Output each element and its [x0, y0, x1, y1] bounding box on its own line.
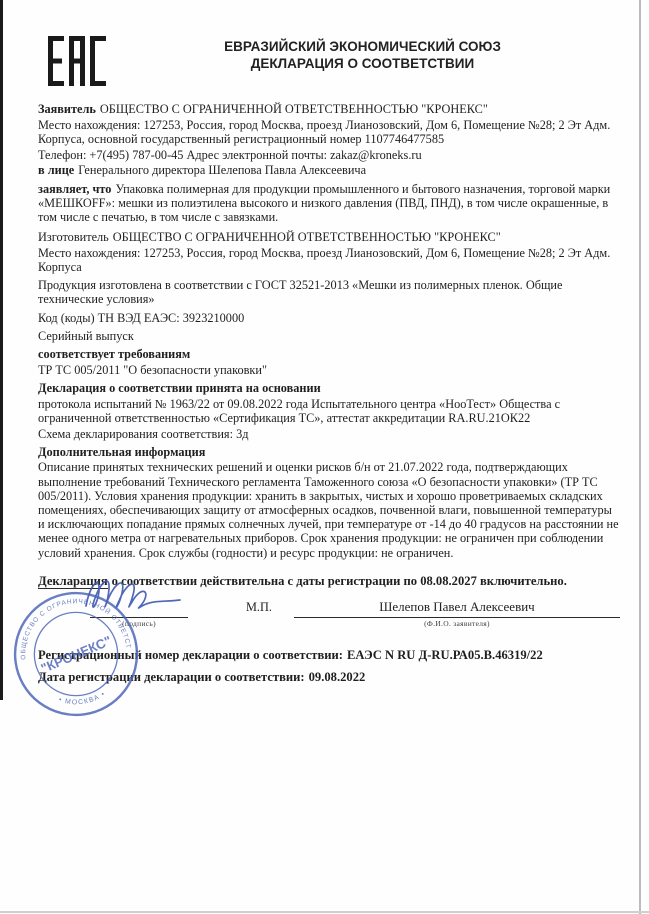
title-union-line: ЕВРАЗИЙСКИЙ ЭКОНОМИЧЕСКИЙ СОЮЗ	[106, 38, 619, 55]
applicant-address: Место нахождения: 127253, Россия, город …	[38, 118, 620, 146]
basis-label: Декларация о соответствии принята на осн…	[38, 381, 620, 395]
serial-line: Серийный выпуск	[38, 329, 620, 343]
manufacturer-address: Место нахождения: 127253, Россия, город …	[38, 246, 620, 274]
additional-info-text: Описание принятых технических решений и …	[38, 460, 620, 559]
document-body: ЗаявительОБЩЕСТВО С ОГРАНИЧЕННОЙ ОТВЕТСТ…	[38, 102, 620, 685]
tnved-code-line: Код (коды) ТН ВЭД ЕАЭС: 3923210000	[38, 311, 620, 325]
gost-line: Продукция изготовлена в соответствии с Г…	[38, 278, 620, 306]
product-declaration: заявляет, чтоУпаковка полимерная для про…	[38, 182, 620, 225]
registration-number-value: ЕАЭС N RU Д-RU.РА05.В.46319/22	[347, 648, 543, 662]
product-description: Упаковка полимерная для продукции промыш…	[38, 182, 610, 224]
document-header: ЕВРАЗИЙСКИЙ ЭКОНОМИЧЕСКИЙ СОЮЗ ДЕКЛАРАЦИ…	[38, 36, 619, 86]
declaration-page: ЕВРАЗИЙСКИЙ ЭКОНОМИЧЕСКИЙ СОЮЗ ДЕКЛАРАЦИ…	[0, 0, 649, 914]
manufacturer-name-line: ИзготовительОБЩЕСТВО С ОГРАНИЧЕННОЙ ОТВЕ…	[38, 230, 620, 244]
manufacturer-name: ОБЩЕСТВО С ОГРАНИЧЕННОЙ ОТВЕТСТВЕННОСТЬЮ…	[113, 230, 501, 244]
svg-text:• МОСКВА •: • МОСКВА •	[57, 690, 108, 709]
applicant-fio: Шелепов Павел Алексеевич	[294, 599, 620, 617]
document-footer: Декларацияо соответствии действительна с…	[38, 574, 620, 685]
eac-logo-icon	[48, 36, 106, 86]
manufacturer-label: Изготовитель	[38, 230, 109, 244]
complies-value: ТР ТС 005/2011 "О безопасности упаковки"	[38, 363, 620, 377]
stamp-company-name: "КРОНЕКС"	[39, 633, 114, 676]
scan-edge-bottom	[0, 911, 649, 913]
fio-area: Шелепов Павел Алексеевич (Ф.И.О. заявите…	[294, 599, 620, 628]
complies-label: соответствует требованиям	[38, 347, 620, 361]
applicant-name-line: ЗаявительОБЩЕСТВО С ОГРАНИЧЕННОЙ ОТВЕТСТ…	[38, 102, 620, 116]
applicant-name: ОБЩЕСТВО С ОГРАНИЧЕННОЙ ОТВЕТСТВЕННОСТЬЮ…	[100, 102, 488, 116]
document-title: ЕВРАЗИЙСКИЙ ЭКОНОМИЧЕСКИЙ СОЮЗ ДЕКЛАРАЦИ…	[106, 36, 619, 72]
scheme-line: Схема декларирования соответствия: 3д	[38, 427, 620, 441]
represented-by-name: Генерального директора Шелепова Павла Ал…	[78, 163, 366, 177]
registration-date-value: 09.08.2022	[309, 670, 366, 684]
title-declaration-line: ДЕКЛАРАЦИЯ О СООТВЕТСТВИИ	[106, 55, 619, 72]
fio-caption: (Ф.И.О. заявителя)	[294, 618, 620, 628]
applicant-contacts: Телефон: +7(495) 787-00-45 Адрес электро…	[38, 148, 620, 162]
applicant-label: Заявитель	[38, 102, 96, 116]
scan-edge-left	[0, 0, 3, 700]
stamp-city-text: • МОСКВА •	[57, 690, 108, 709]
represented-by-label: в лице	[38, 163, 74, 177]
applicant-representative-line: в лицеГенерального директора Шелепова Па…	[38, 163, 620, 177]
stamp-place-label: М.П.	[246, 600, 272, 615]
declares-label: заявляет, что	[38, 182, 111, 196]
scan-edge-right	[639, 0, 641, 914]
basis-text: протокола испытаний № 1963/22 от 09.08.2…	[38, 397, 620, 425]
company-round-stamp: ОБЩЕСТВО С ОГРАНИЧЕННОЙ ОТВЕТСТВЕННОСТЬЮ…	[1, 579, 150, 728]
additional-info-label: Дополнительная информация	[38, 445, 620, 459]
